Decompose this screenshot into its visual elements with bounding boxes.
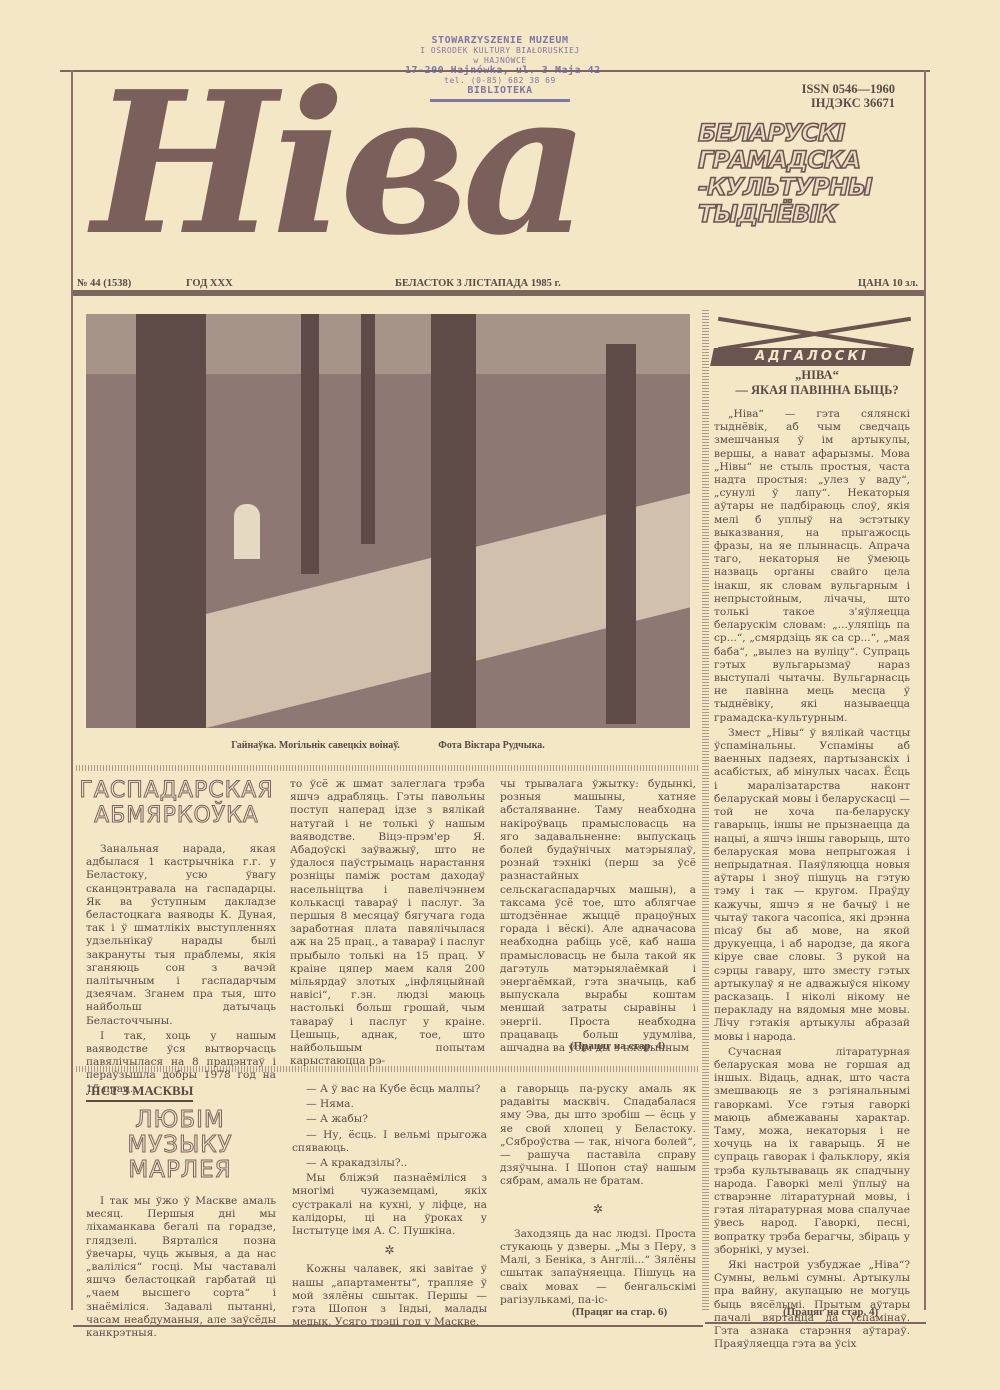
stamp-line: STOWARZYSZENIE MUZEUM xyxy=(405,36,595,46)
place-and-date: БЕЛАСТОК 3 ЛІСТАПАДА 1985 г. xyxy=(395,278,561,289)
continued-link[interactable]: (Працяг на стар. 4) xyxy=(783,1306,878,1318)
issue-number: № 44 (1538) xyxy=(77,278,131,289)
article-economy-col2: то ўсё ж шмат залеглага трэба яшчэ адраб… xyxy=(290,778,485,1068)
dialog-line: — Ну, ёсць. І вельмі прыгожа спяваюць. xyxy=(292,1129,487,1155)
dialog-line: — А ў вас на Кубе ёсць малпы? xyxy=(292,1083,487,1096)
rubric-echoes: АДГАЛОСКІ xyxy=(712,312,912,368)
tagline-line: -КУЛЬТУРНЫ xyxy=(698,174,888,201)
continued-link[interactable]: (Працяг на стар. 6) xyxy=(572,1306,667,1318)
photo-caption: Гайнаўка. Могільнік савецкіх воінаў. Фот… xyxy=(73,740,703,751)
rubric-letter-from-moscow: ЛІСТ З МАСКВЫ xyxy=(86,1083,193,1102)
article-title-economy: ГАСПАДАРСКАЯ АБМЯРКОЎКА xyxy=(74,778,279,828)
price: ЦАНА 10 зл. xyxy=(858,278,918,289)
column-divider xyxy=(702,310,709,1310)
dateline-rule xyxy=(73,290,924,296)
tagline-line: БЕЛАРУСКІ xyxy=(698,120,888,147)
volume-year: ГОД XXX xyxy=(186,278,233,289)
masthead-tagline: БЕЛАРУСКІ ГРАМАДСКА -КУЛЬТУРНЫ ТЫДНЁВІК xyxy=(698,120,888,228)
paragraph: Заходзяць да нас людзі. Проста стукаюць … xyxy=(500,1228,696,1307)
paragraph: Кожны чалавек, які завітае ў нашы „апарт… xyxy=(292,1263,487,1329)
cemetery-photo xyxy=(86,314,690,728)
article-economy-col3: чы трывалага ўжытку: будынкі, розныя маш… xyxy=(500,778,696,1055)
article-moscow-col2: — А ў вас на Кубе ёсць малпы? — Няма. — … xyxy=(292,1083,487,1329)
paragraph: то ўсё ж шмат залеглага трэба яшчэ адраб… xyxy=(290,778,485,1068)
bottom-rule xyxy=(705,1322,926,1324)
paragraph: а гаворыць па-руску амаль як радавіты ма… xyxy=(500,1083,696,1189)
title-line: „НІВА“ xyxy=(712,368,922,383)
paragraph: І так мы ўжо ў Маскве амаль месяц. Першы… xyxy=(86,1195,276,1340)
dateline: № 44 (1538) ГОД XXX БЕЛАСТОК 3 ЛІСТАПАДА… xyxy=(73,272,924,290)
article-economy-col1: Занальная нарада, якая адбылася 1 кастры… xyxy=(86,843,276,1096)
article-title-niva: „НІВА“ — ЯКАЯ ПАВІННА БЫЦЬ? xyxy=(712,368,922,398)
section-divider xyxy=(76,765,700,771)
paragraph: Сучасная літаратурная беларуская мова не… xyxy=(714,1046,910,1257)
paragraph: Мы бліжэй пазнаёміліся з многімі чужазем… xyxy=(292,1172,487,1238)
article-moscow-col3: а гаворыць па-руску амаль як радавіты ма… xyxy=(500,1083,696,1307)
dialog-line: — А жабы? xyxy=(292,1113,487,1126)
paragraph: чы трывалага ўжытку: будынкі, розныя маш… xyxy=(500,778,696,1055)
rubric-label: АДГАЛОСКІ xyxy=(712,348,912,366)
asterisk-separator-icon: ✲ xyxy=(292,1244,487,1257)
photo-credit: Фота Віктара Рудчыка. xyxy=(438,740,544,751)
issn-block: ISSN 0546—1960 ІНДЭКС 36671 xyxy=(745,82,895,110)
tagline-line: ТЫДНЁВІК xyxy=(698,201,888,228)
caption-text: Гайнаўка. Могільнік савецкіх воінаў. xyxy=(231,740,400,751)
article-moscow-col1: І так мы ўжо ў Маскве амаль месяц. Першы… xyxy=(86,1195,276,1340)
paragraph: „Ніва“ — гэта сялянскі тыднёвік, аб чым … xyxy=(714,408,910,725)
dialog-line: — Няма. xyxy=(292,1098,487,1111)
index-number: ІНДЭКС 36671 xyxy=(745,96,895,110)
paragraph: Занальная нарада, якая адбылася 1 кастры… xyxy=(86,843,276,1028)
asterisk-separator-icon: ✲ xyxy=(500,1203,696,1216)
article-niva-body: „Ніва“ — гэта сялянскі тыднёвік, аб чым … xyxy=(714,408,910,1351)
continued-link[interactable]: (Працяг на стар. 4) xyxy=(570,1040,665,1052)
dialog-line: — А кракадзілы?.. xyxy=(292,1157,487,1170)
bottom-rule xyxy=(73,1325,703,1327)
article-title-moscow: ЛЮБІМ МУЗЫКУ МАРЛЕЯ xyxy=(100,1108,260,1183)
paragraph: Змест „Нівы“ ў вялікай частцы ўспаміналь… xyxy=(714,727,910,1044)
tagline-line: ГРАМАДСКА xyxy=(698,147,888,174)
title-line: — ЯКАЯ ПАВІННА БЫЦЬ? xyxy=(712,383,922,398)
issn-number: ISSN 0546—1960 xyxy=(745,82,895,96)
newspaper-title: Ніва xyxy=(92,64,692,264)
